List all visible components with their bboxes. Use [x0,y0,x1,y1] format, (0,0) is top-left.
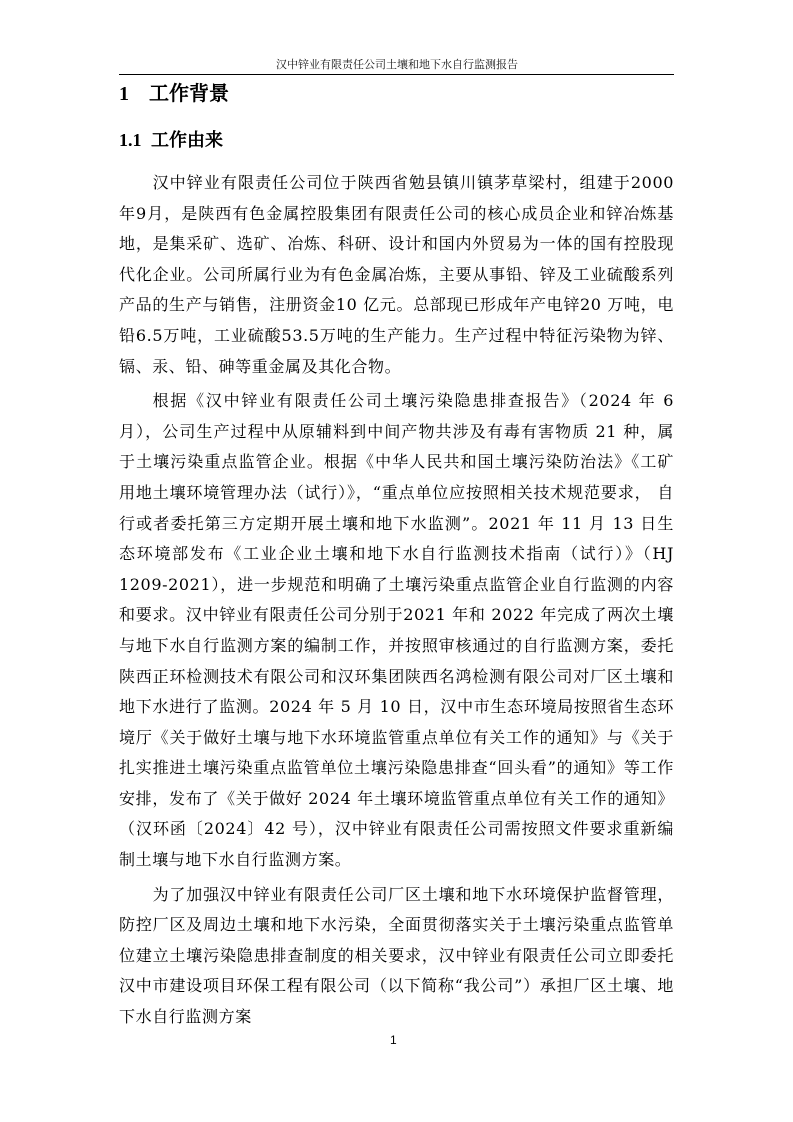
subsection-number: 1.1 [119,128,151,152]
page-number: 1 [390,1033,397,1047]
subsection-heading: 1.1工作由来 [119,128,223,153]
paragraph-commission: 为了加强汉中锌业有限责任公司厂区土壤和地下水环境保护监督管理，防控厂区及周边土壤… [119,880,674,1033]
paragraph-company-intro: 汉中锌业有限责任公司位于陕西省勉县镇川镇茅草梁村，组建于2000 年9月，是陕西… [119,168,674,382]
subsection-title: 工作由来 [151,130,223,151]
paragraph-regulatory-basis: 根据《汉中锌业有限责任公司土壤污染隐患排查报告》（2024 年 6 月），公司生… [119,386,674,876]
section-heading: 1工作背景 [119,80,229,107]
section-number: 1 [119,81,149,107]
running-header: 汉中锌业有限责任公司土壤和地下水自行监测报告 [120,58,674,72]
body-text: 汉中锌业有限责任公司位于陕西省勉县镇川镇茅草梁村，组建于2000 年9月，是陕西… [119,168,674,1037]
section-title: 工作背景 [149,81,229,105]
header-rule [119,74,674,75]
